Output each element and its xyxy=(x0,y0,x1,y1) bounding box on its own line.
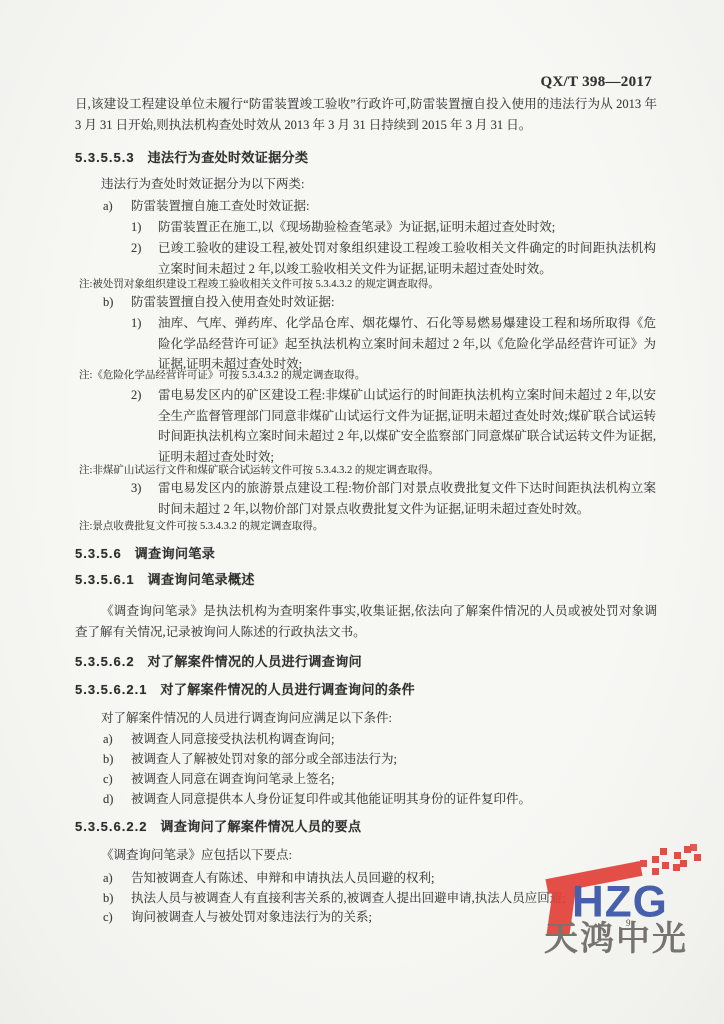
heading-number: 5.3.5.6.2 xyxy=(75,654,135,669)
heading-title: 违法行为查处时效证据分类 xyxy=(148,150,309,165)
list-text: 防雷装置擅自投入使用查处时效证据: xyxy=(131,292,656,313)
paragraph-continued: 日,该建设工程建设单位未履行“防雷装置竣工验收”行政许可,防雷装置擅自投入使用的… xyxy=(75,94,657,135)
list-item: 2)雷电易发区内的矿区建设工程:非煤矿山试运行的时间距执法机构立案时间未超过 2… xyxy=(131,385,656,467)
section-heading: 5.3.5.5.3违法行为查处时效证据分类 xyxy=(75,148,308,169)
list-text: 被调查人同意接受执法机构调查询问; xyxy=(131,729,656,750)
list-item: c)被调查人同意在调查询问笔录上签名; xyxy=(103,769,656,790)
list-item: b)被调查人了解被处罚对象的部分或全部违法行为; xyxy=(103,749,656,770)
list-label: c) xyxy=(103,907,131,928)
section-heading: 5.3.5.6.2.2调查询问了解案件情况人员的要点 xyxy=(75,817,361,838)
list-text: 雷电易发区内的旅游景点建设工程:物价部门对景点收费批复文件下达时间距执法机构立案… xyxy=(158,478,656,519)
list-text: 防雷装置正在施工,以《现场勘验检查笔录》为证据,证明未超过查处时效; xyxy=(158,217,656,238)
list-text: 雷电易发区内的矿区建设工程:非煤矿山试运行的时间距执法机构立案时间未超过 2 年… xyxy=(158,385,656,467)
heading-title: 对了解案件情况的人员进行调查询问的条件 xyxy=(160,682,415,697)
section-heading: 5.3.5.6调查询问笔录 xyxy=(75,544,215,565)
section-heading: 5.3.5.6.1调查询问笔录概述 xyxy=(75,570,255,591)
heading-title: 调查询问笔录 xyxy=(135,546,215,561)
list-label: a) xyxy=(103,196,131,217)
watermark-letters: HZG xyxy=(572,880,668,925)
section-heading: 5.3.5.6.2.1对了解案件情况的人员进行调查询问的条件 xyxy=(75,680,415,701)
list-label: 2) xyxy=(131,385,158,467)
list-label: 1) xyxy=(131,313,158,375)
list-label: b) xyxy=(103,888,131,909)
list-label: d) xyxy=(103,789,131,810)
heading-number: 5.3.5.6 xyxy=(75,546,122,561)
list-item: 1)油库、气库、弹药库、化学品仓库、烟花爆竹、石化等易燃易爆建设工程和场所取得《… xyxy=(131,313,656,375)
list-label: 2) xyxy=(131,238,158,279)
standard-code: QX/T 398—2017 xyxy=(540,74,652,91)
paragraph: 违法行为查处时效证据分为以下两类: xyxy=(75,174,657,195)
page-number: 9 xyxy=(626,918,631,928)
note-line: 注:《危险化学品经营许可证》可按 5.3.4.3.2 的规定调查取得。 xyxy=(79,368,657,383)
document-page: QX/T 398—2017 日,该建设工程建设单位未履行“防雷装置竣工验收”行政… xyxy=(0,0,724,1024)
note-line: 注:被处罚对象组织建设工程竣工验收相关文件可按 5.3.4.3.2 的规定调查取… xyxy=(79,277,657,292)
list-label: 3) xyxy=(131,478,158,519)
paragraph: 对了解案件情况的人员进行调查询问应满足以下条件: xyxy=(75,708,657,729)
watermark-company-name: 天鸿中光 xyxy=(544,922,688,956)
list-item: d)被调查人同意提供本人身份证复印件或其他能证明其身份的证件复印件。 xyxy=(103,789,656,810)
list-text: 防雷装置擅自施工查处时效证据: xyxy=(131,196,656,217)
list-item: a)被调查人同意接受执法机构调查询问; xyxy=(103,729,656,750)
list-label: a) xyxy=(103,868,131,889)
list-text: 被调查人了解被处罚对象的部分或全部违法行为; xyxy=(131,749,656,770)
note-line: 注:景点收费批复文件可按 5.3.4.3.2 的规定调查取得。 xyxy=(79,519,657,534)
list-item: 1)防雷装置正在施工,以《现场勘验检查笔录》为证据,证明未超过查处时效; xyxy=(131,217,656,238)
list-item: b)防雷装置擅自投入使用查处时效证据: xyxy=(103,292,656,313)
heading-number: 5.3.5.6.2.2 xyxy=(75,819,147,834)
note-line: 注:非煤矿山试运行文件和煤矿联合试运转文件可按 5.3.4.3.2 的规定调查取… xyxy=(79,463,657,478)
list-item: 2)已竣工验收的建设工程,被处罚对象组织建设工程竣工验收相关文件确定的时间距执法… xyxy=(131,238,656,279)
watermark-pixel-dissolve-icon xyxy=(640,860,647,867)
heading-title: 对了解案件情况的人员进行调查询问 xyxy=(148,654,362,669)
heading-number: 5.3.5.5.3 xyxy=(75,150,135,165)
list-text: 油库、气库、弹药库、化学品仓库、烟花爆竹、石化等易燃易爆建设工程和场所取得《危险… xyxy=(158,313,656,375)
list-item: a)防雷装置擅自施工查处时效证据: xyxy=(103,196,656,217)
heading-title: 调查询问笔录概述 xyxy=(148,572,255,587)
list-label: 1) xyxy=(131,217,158,238)
section-heading: 5.3.5.6.2对了解案件情况的人员进行调查询问 xyxy=(75,652,362,673)
list-label: a) xyxy=(103,729,131,750)
list-text: 被调查人同意在调查询问笔录上签名; xyxy=(131,769,656,790)
list-label: b) xyxy=(103,292,131,313)
heading-number: 5.3.5.6.1 xyxy=(75,572,135,587)
watermark-logo: HZG 天鸿中光 xyxy=(542,850,724,968)
list-text: 被调查人同意提供本人身份证复印件或其他能证明其身份的证件复印件。 xyxy=(131,789,656,810)
list-label: c) xyxy=(103,769,131,790)
list-text: 已竣工验收的建设工程,被处罚对象组织建设工程竣工验收相关文件确定的时间距执法机构… xyxy=(158,238,656,279)
list-item: 3)雷电易发区内的旅游景点建设工程:物价部门对景点收费批复文件下达时间距执法机构… xyxy=(131,478,656,519)
heading-number: 5.3.5.6.2.1 xyxy=(75,682,147,697)
heading-title: 调查询问了解案件情况人员的要点 xyxy=(160,819,361,834)
list-label: b) xyxy=(103,749,131,770)
paragraph: 《调查询问笔录》是执法机构为查明案件事实,收集证据,依法向了解案件情况的人员或被… xyxy=(75,601,657,642)
